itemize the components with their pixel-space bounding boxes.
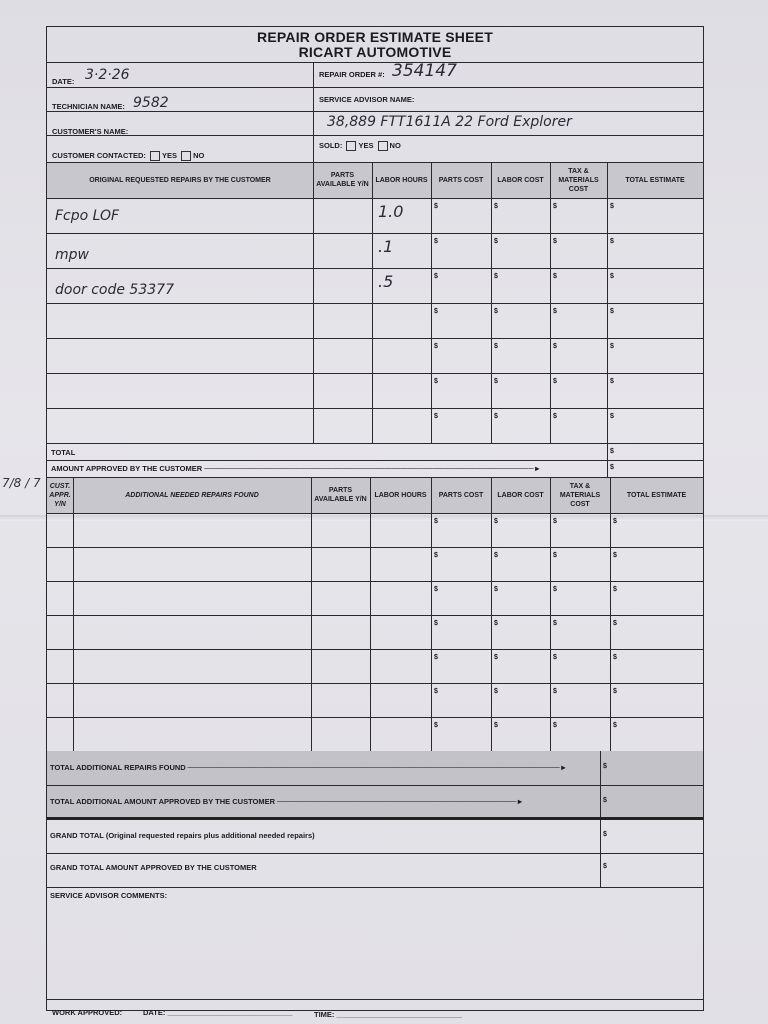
total-label: TOTAL [51,448,75,457]
currency-symbol: $ [610,413,614,420]
table-row[interactable]: $$$$ [47,649,703,683]
sold-label: SOLD: YES NO [319,141,401,151]
currency-symbol: $ [553,343,557,350]
currency-symbol: $ [610,308,614,315]
currency-symbol: $ [603,863,607,870]
currency-symbol: $ [494,688,498,695]
repair-description: door code 53377 [55,282,174,298]
vehicle-note[interactable]: 38,889 FTT1611A 22 Ford Explorer [327,114,572,130]
currency-symbol: $ [434,722,438,729]
currency-symbol: $ [494,552,498,559]
currency-symbol: $ [494,620,498,627]
currency-symbol: $ [553,238,557,245]
technician-field[interactable]: 9582 [133,95,169,111]
currency-symbol: $ [613,688,617,695]
currency-symbol: $ [603,831,607,838]
currency-symbol: $ [494,308,498,315]
currency-symbol: $ [553,203,557,210]
contacted-yes-checkbox[interactable] [150,151,160,161]
dealer-name: RICART AUTOMOTIVE [47,44,703,60]
work-approved-label: WORK APPROVED: [52,1008,122,1017]
currency-symbol: $ [434,620,438,627]
additional-col-header: TAX & MATERIALS COST [550,477,610,513]
form-title: REPAIR ORDER ESTIMATE SHEET [47,29,703,45]
table-row[interactable]: $$$$ [47,373,703,408]
currency-symbol: $ [434,552,438,559]
currency-symbol: $ [613,722,617,729]
currency-symbol: $ [610,378,614,385]
original-col-header: PARTS COST [431,162,491,198]
labor-hours: .5 [378,272,393,291]
sold-no-checkbox[interactable] [378,141,388,151]
currency-symbol: $ [553,722,557,729]
currency-symbol: $ [494,238,498,245]
table-row[interactable]: $$$$ [47,547,703,581]
currency-symbol: $ [434,518,438,525]
table-row[interactable]: $$$$ [47,615,703,649]
currency-symbol: $ [553,654,557,661]
currency-symbol: $ [434,378,438,385]
additional-col-header: ADDITIONAL NEEDED REPAIRS FOUND [73,477,311,513]
currency-symbol: $ [603,763,607,770]
comments-field[interactable] [50,901,700,991]
customer-name-label: CUSTOMER'S NAME: [52,127,128,136]
original-col-header: LABOR HOURS [372,162,431,198]
currency-symbol: $ [553,552,557,559]
grand-total-approved-label: GRAND TOTAL AMOUNT APPROVED BY THE CUSTO… [50,863,257,872]
currency-symbol: $ [610,343,614,350]
original-col-header: TOTAL ESTIMATE [607,162,703,198]
additional-col-header: PARTS COST [431,477,491,513]
table-row[interactable]: $$$$ [47,581,703,615]
service-advisor-label: SERVICE ADVISOR NAME: [319,95,414,104]
customer-contacted-label: CUSTOMER CONTACTED: YES NO [52,151,204,161]
currency-symbol: $ [494,722,498,729]
currency-symbol: $ [494,343,498,350]
currency-symbol: $ [610,203,614,210]
currency-symbol: $ [553,518,557,525]
additional-col-header: TOTAL ESTIMATE [610,477,703,513]
currency-symbol: $ [494,518,498,525]
labor-hours: 1.0 [378,202,403,221]
currency-symbol: $ [434,586,438,593]
repair-order-form: REPAIR ORDER ESTIMATE SHEET RICART AUTOM… [46,26,704,1011]
currency-symbol: $ [434,203,438,210]
currency-symbol: $ [610,448,614,455]
original-col-header: ORIGINAL REQUESTED REPAIRS BY THE CUSTOM… [47,162,313,198]
original-col-header: TAX & MATERIALS COST [550,162,607,198]
repair-order-label: REPAIR ORDER #: [319,70,385,79]
additional-col-header: LABOR COST [491,477,550,513]
table-row[interactable]: $$$$ [47,513,703,547]
currency-symbol: $ [553,688,557,695]
currency-symbol: $ [434,343,438,350]
table-row[interactable]: $$$$ [47,338,703,373]
currency-symbol: $ [553,586,557,593]
table-row[interactable]: Fcpo LOF1.0$$$$ [47,198,703,233]
additional-col-header: PARTS AVAILABLE Y/N [311,477,370,513]
original-col-header: LABOR COST [491,162,550,198]
currency-symbol: $ [494,586,498,593]
table-row[interactable]: door code 53377.5$$$$ [47,268,703,303]
currency-symbol: $ [553,378,557,385]
currency-symbol: $ [434,413,438,420]
table-row[interactable]: $$$$ [47,408,703,443]
repair-description: mpw [55,247,89,263]
currency-symbol: $ [434,308,438,315]
currency-symbol: $ [494,203,498,210]
total-additional-label: TOTAL ADDITIONAL REPAIRS FOUND ─────────… [50,763,567,772]
currency-symbol: $ [613,620,617,627]
currency-symbol: $ [610,464,614,471]
additional-col-header: CUST. APPR. Y/N [47,477,73,513]
currency-symbol: $ [613,586,617,593]
labor-hours: .1 [378,237,393,256]
currency-symbol: $ [553,620,557,627]
technician-label: TECHNICIAN NAME: [52,102,125,111]
additional-col-header: LABOR HOURS [370,477,431,513]
currency-symbol: $ [494,654,498,661]
table-row[interactable]: mpw.1$$$$ [47,233,703,268]
currency-symbol: $ [434,654,438,661]
currency-symbol: $ [613,518,617,525]
currency-symbol: $ [553,413,557,420]
date-field[interactable]: 3·2·26 [85,67,130,83]
currency-symbol: $ [613,654,617,661]
table-row[interactable]: $$$$ [47,683,703,717]
currency-symbol: $ [610,238,614,245]
date-label: DATE: [52,77,74,86]
grand-total-label: GRAND TOTAL (Original requested repairs … [50,831,315,840]
currency-symbol: $ [553,273,557,280]
currency-symbol: $ [494,378,498,385]
currency-symbol: $ [603,797,607,804]
repair-description: Fcpo LOF [55,208,119,224]
table-row[interactable]: $$$$ [47,717,703,751]
total-additional-approved-label: TOTAL ADDITIONAL AMOUNT APPROVED BY THE … [50,797,524,806]
table-row[interactable]: $$$$ [47,303,703,338]
sold-yes-checkbox[interactable] [346,141,356,151]
amount-approved-label: AMOUNT APPROVED BY THE CUSTOMER ────────… [51,464,541,473]
currency-symbol: $ [553,308,557,315]
original-col-header: PARTS AVAILABLE Y/N [313,162,372,198]
currency-symbol: $ [613,552,617,559]
margin-note: 7/8 / 7 [2,476,41,490]
currency-symbol: $ [434,273,438,280]
currency-symbol: $ [434,238,438,245]
contacted-no-checkbox[interactable] [181,151,191,161]
currency-symbol: $ [610,273,614,280]
currency-symbol: $ [494,273,498,280]
currency-symbol: $ [434,688,438,695]
repair-order-field[interactable]: 354147 [392,61,457,81]
work-date-label: DATE: ______________________________ [143,1008,293,1017]
currency-symbol: $ [494,413,498,420]
work-time-label: TIME: ______________________________ [314,1010,462,1019]
comments-label: SERVICE ADVISOR COMMENTS: [50,891,167,900]
